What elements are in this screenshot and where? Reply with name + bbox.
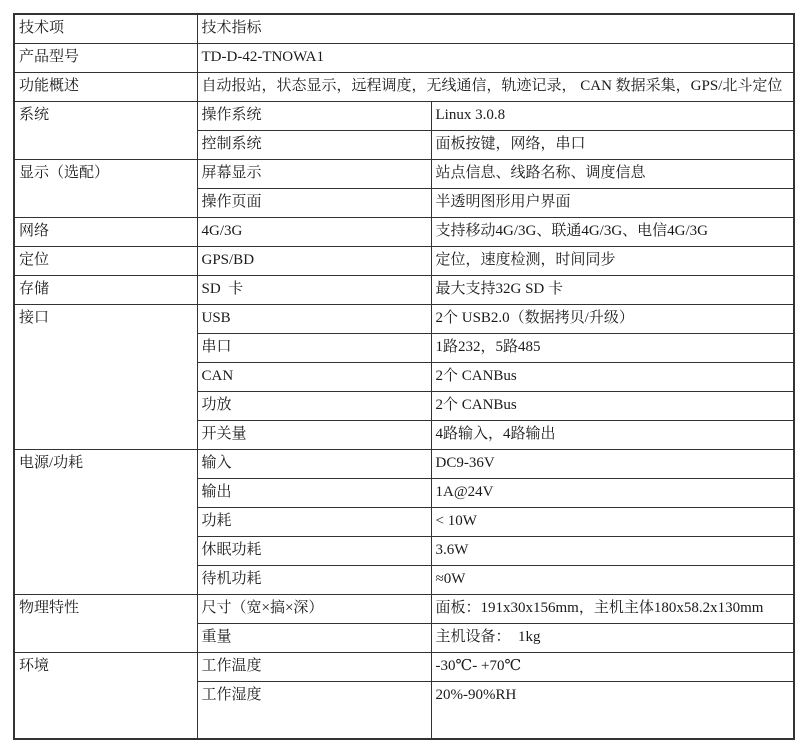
spec-value-cell: 自动报站，状态显示，远程调度，无线通信，轨迹记录， CAN 数据采集，GPS/北… (197, 72, 794, 101)
header-tech-item: 技术项 (14, 14, 197, 43)
spec-item-cell: SD 卡 (197, 275, 431, 304)
table-row: 功能概述 自动报站，状态显示，远程调度，无线通信，轨迹记录， CAN 数据采集，… (14, 72, 794, 101)
spec-item-cell: 控制系统 (197, 130, 431, 159)
spec-item-cell: 工作温度 (197, 652, 431, 681)
spec-item-cell: 4G/3G (197, 217, 431, 246)
spec-item-cell: 输出 (197, 478, 431, 507)
table-row: 产品型号 TD-D-42-TNOWA1 (14, 43, 794, 72)
spec-category-cell: 网络 (14, 217, 197, 246)
spec-category-cell: 物理特性 (14, 594, 197, 652)
spec-table: 技术项 技术指标 产品型号 TD-D-42-TNOWA1 功能概述 自动报站，状… (13, 13, 795, 740)
spec-value-cell: 面板：191x30x156mm，主机主体180x58.2x130mm (431, 594, 794, 623)
spec-item-cell: 尺寸（宽×搞×深） (197, 594, 431, 623)
table-row: 定位 GPS/BD 定位，速度检测，时间同步 (14, 246, 794, 275)
spec-value-cell: < 10W (431, 507, 794, 536)
spec-category-cell: 产品型号 (14, 43, 197, 72)
spec-category-cell: 接口 (14, 304, 197, 449)
spec-item-cell: 功耗 (197, 507, 431, 536)
spec-value-cell: 2个 CANBus (431, 362, 794, 391)
spec-value-cell: 3.6W (431, 536, 794, 565)
spec-item-cell: USB (197, 304, 431, 333)
spec-item-cell: 串口 (197, 333, 431, 362)
spec-value-cell: 支持移动4G/3G、联通4G/3G、电信4G/3G (431, 217, 794, 246)
spec-value-cell: 2个 USB2.0（数据拷贝/升级） (431, 304, 794, 333)
spec-item-cell: 输入 (197, 449, 431, 478)
spec-value-cell: 主机设备： 1kg (431, 623, 794, 652)
spec-value-cell: 4路输入，4路输出 (431, 420, 794, 449)
spec-value-cell: 1A@24V (431, 478, 794, 507)
spec-value-cell: 1路232，5路485 (431, 333, 794, 362)
table-row: 显示（选配） 屏幕显示 站点信息、线路名称、调度信息 (14, 159, 794, 188)
spec-value-cell: 最大支持32G SD 卡 (431, 275, 794, 304)
table-row: 接口 USB 2个 USB2.0（数据拷贝/升级） (14, 304, 794, 333)
spec-value-cell: Linux 3.0.8 (431, 101, 794, 130)
spec-item-cell: 待机功耗 (197, 565, 431, 594)
spec-item-cell: 开关量 (197, 420, 431, 449)
spec-item-cell: 功放 (197, 391, 431, 420)
spec-item-cell: 休眠功耗 (197, 536, 431, 565)
spec-value-cell: 半透明图形用户界面 (431, 188, 794, 217)
spec-value-cell: 2个 CANBus (431, 391, 794, 420)
spec-item-cell: 操作系统 (197, 101, 431, 130)
spec-sheet-page: 技术项 技术指标 产品型号 TD-D-42-TNOWA1 功能概述 自动报站，状… (0, 0, 809, 755)
table-row: 物理特性 尺寸（宽×搞×深） 面板：191x30x156mm，主机主体180x5… (14, 594, 794, 623)
spec-item-cell: GPS/BD (197, 246, 431, 275)
spec-value-cell: DC9-36V (431, 449, 794, 478)
table-row: 环境 工作温度 -30℃- +70℃ (14, 652, 794, 681)
spec-category-cell: 显示（选配） (14, 159, 197, 217)
spec-item-cell: CAN (197, 362, 431, 391)
spec-category-cell: 定位 (14, 246, 197, 275)
spec-value-cell: 20%-90%RH (431, 681, 794, 739)
spec-item-cell: 屏幕显示 (197, 159, 431, 188)
spec-category-cell: 存储 (14, 275, 197, 304)
table-header-row: 技术项 技术指标 (14, 14, 794, 43)
spec-value-cell: 定位，速度检测，时间同步 (431, 246, 794, 275)
spec-category-cell: 电源/功耗 (14, 449, 197, 594)
table-row: 电源/功耗 输入 DC9-36V (14, 449, 794, 478)
spec-item-cell: 工作湿度 (197, 681, 431, 739)
spec-value-cell: TD-D-42-TNOWA1 (197, 43, 794, 72)
table-row: 网络 4G/3G 支持移动4G/3G、联通4G/3G、电信4G/3G (14, 217, 794, 246)
spec-item-cell: 重量 (197, 623, 431, 652)
spec-category-cell: 系统 (14, 101, 197, 159)
spec-value-cell: 站点信息、线路名称、调度信息 (431, 159, 794, 188)
header-tech-spec: 技术指标 (197, 14, 794, 43)
table-row: 存储 SD 卡 最大支持32G SD 卡 (14, 275, 794, 304)
spec-value-cell: -30℃- +70℃ (431, 652, 794, 681)
spec-value-cell: ≈0W (431, 565, 794, 594)
spec-category-cell: 功能概述 (14, 72, 197, 101)
table-row: 系统 操作系统 Linux 3.0.8 (14, 101, 794, 130)
spec-item-cell: 操作页面 (197, 188, 431, 217)
spec-category-cell: 环境 (14, 652, 197, 739)
spec-value-cell: 面板按键，网络，串口 (431, 130, 794, 159)
